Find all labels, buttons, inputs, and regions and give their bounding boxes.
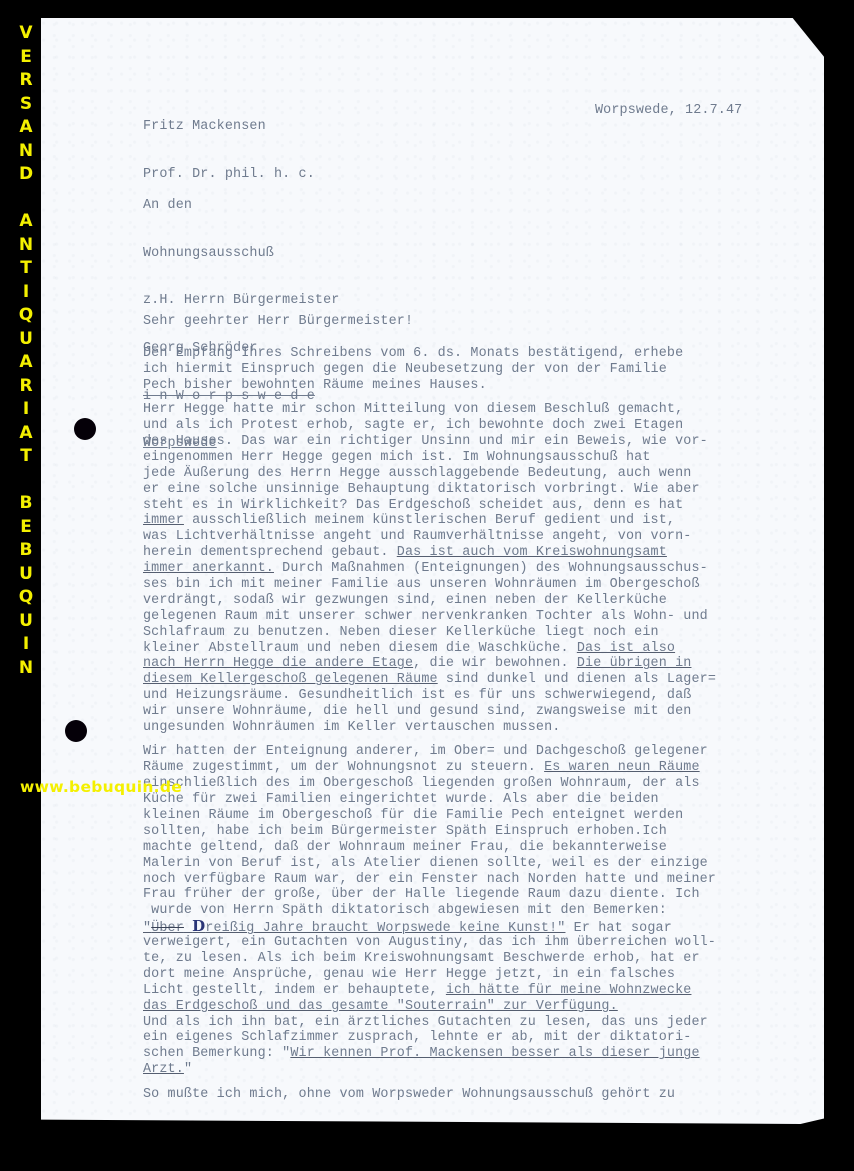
watermark-letter: U bbox=[19, 328, 33, 352]
watermark-letter: A bbox=[19, 210, 32, 234]
text-line: diesem Kellergeschoß gelegenen Räume sin… bbox=[143, 672, 833, 688]
text-line: eingenommen Herr Hegge gegen mich ist. I… bbox=[143, 450, 833, 466]
letter-body: Den Empfang Ihres Schreibens vom 6. ds. … bbox=[143, 346, 833, 1111]
watermark-letter: N bbox=[19, 657, 33, 681]
text-line: und Heizungsräume. Gesundheitlich ist es… bbox=[143, 688, 833, 704]
watermark-letter: S bbox=[20, 93, 32, 117]
paragraph: So mußte ich mich, ohne vom Worpsweder W… bbox=[143, 1087, 833, 1103]
paragraph: Herr Hegge hatte mir schon Mitteilung vo… bbox=[143, 402, 833, 736]
watermark-letter: A bbox=[19, 116, 32, 140]
text-line: kleinen Räume im Obergeschoß für die Fam… bbox=[143, 808, 833, 824]
text-line: herein dementsprechend gebaut. Das ist a… bbox=[143, 545, 833, 561]
text-line: Herr Hegge hatte mir schon Mitteilung vo… bbox=[143, 402, 833, 418]
watermark-letter: B bbox=[20, 492, 33, 516]
watermark-letter: A bbox=[19, 351, 32, 375]
text-line: Räume zugestimmt, um der Wohnungsnot zu … bbox=[143, 760, 833, 776]
text-line: wir unsere Wohnräume, die hell und gesun… bbox=[143, 704, 833, 720]
watermark-letter: T bbox=[20, 257, 32, 281]
text-line: gelegenen Raum mit unserer schwer nerven… bbox=[143, 609, 833, 625]
text-line: sollten, habe ich beim Bürgermeister Spä… bbox=[143, 824, 833, 840]
watermark-letter: E bbox=[20, 516, 32, 540]
punch-hole bbox=[74, 418, 96, 440]
text-line: verweigert, ein Gutachten von Augustiny,… bbox=[143, 935, 833, 951]
paragraph: Den Empfang Ihres Schreibens vom 6. ds. … bbox=[143, 346, 833, 394]
text-line: machte geltend, daß der Wohnraum meiner … bbox=[143, 840, 833, 856]
letter-date: Worpswede, 12.7.47 bbox=[595, 103, 742, 119]
text-line: Und als ich ihn bat, ein ärztliches Guta… bbox=[143, 1015, 833, 1031]
text-line: Licht gestellt, indem er behauptete, ich… bbox=[143, 983, 833, 999]
recipient-line: Wohnungsausschuß bbox=[143, 246, 339, 262]
underlined-text: nach Herrn Hegge die andere Etage bbox=[143, 656, 413, 671]
sender-name: Fritz Mackensen bbox=[143, 119, 315, 135]
recipient-line: z.H. Herrn Bürgermeister bbox=[143, 293, 339, 309]
underlined-text: "Über Dreißig Jahre braucht Worpswede ke… bbox=[143, 921, 565, 936]
watermark-letter: U bbox=[19, 610, 33, 634]
watermark-letter: I bbox=[23, 398, 29, 422]
watermark-letter: Q bbox=[19, 586, 33, 610]
text-line: verdrängt, sodaß wir gezwungen sind, ein… bbox=[143, 593, 833, 609]
underlined-text: ich hätte für meine Wohnzwecke bbox=[446, 983, 692, 998]
underlined-text: Das ist also bbox=[577, 641, 675, 656]
text-line: jede Äußerung des Herrn Hegge ausschlagg… bbox=[143, 466, 833, 482]
watermark-letter: B bbox=[20, 539, 33, 563]
watermark-letter: N bbox=[19, 140, 33, 164]
text-line: er eine solche unsinnige Behauptung dikt… bbox=[143, 482, 833, 498]
punch-hole bbox=[65, 720, 87, 742]
underlined-text: das Erdgeschoß und das gesamte "Souterra… bbox=[143, 999, 618, 1014]
watermark-letter: R bbox=[19, 69, 32, 93]
struck-text: Über bbox=[151, 921, 184, 936]
text-line: ses bin ich mit meiner Familie aus unser… bbox=[143, 577, 833, 593]
watermark-letter: I bbox=[23, 281, 29, 305]
text-line: Schlafraum zu benutzen. Neben dieser Kel… bbox=[143, 625, 833, 641]
watermark-letter: V bbox=[19, 22, 32, 46]
watermark-letter bbox=[23, 469, 29, 493]
watermark-letter: N bbox=[19, 234, 33, 258]
text-line: Pech bisher bewohnten Räume meines Hause… bbox=[143, 378, 833, 394]
text-line: te, zu lesen. Als ich beim Kreiswohnungs… bbox=[143, 951, 833, 967]
watermark-letter bbox=[23, 187, 29, 211]
text-line: steht es in Wirklichkeit? Das Erdgeschoß… bbox=[143, 498, 833, 514]
underlined-text: diesem Kellergeschoß gelegenen Räume bbox=[143, 672, 438, 687]
text-line: So mußte ich mich, ohne vom Worpsweder W… bbox=[143, 1087, 833, 1103]
watermark-letter: A bbox=[19, 422, 32, 446]
text-line: immer anerkannt. Durch Maßnahmen (Enteig… bbox=[143, 561, 833, 577]
text-line: dort meine Ansprüche, genau wie Herr Heg… bbox=[143, 967, 833, 983]
text-line: Küche für zwei Familien eingerichtet wur… bbox=[143, 792, 833, 808]
underlined-text: immer anerkannt. bbox=[143, 561, 274, 576]
text-line: Den Empfang Ihres Schreibens vom 6. ds. … bbox=[143, 346, 833, 362]
text-line: was Lichtverhältnisse angeht und Raumver… bbox=[143, 529, 833, 545]
paragraph: Wir hatten der Enteignung anderer, im Ob… bbox=[143, 744, 833, 1078]
text-line: noch verfügbare Raum war, der ein Fenste… bbox=[143, 872, 833, 888]
text-line: Arzt." bbox=[143, 1062, 833, 1078]
watermark-letter: D bbox=[19, 163, 33, 187]
underlined-text: Es waren neun Räume bbox=[544, 760, 700, 775]
text-line: "Über Dreißig Jahre braucht Worpswede ke… bbox=[143, 919, 833, 935]
underlined-text: Die übrigen in bbox=[577, 656, 692, 671]
salutation: Sehr geehrter Herr Bürgermeister! bbox=[143, 314, 413, 330]
text-line: ein eigenes Schlafzimmer zusprach, lehnt… bbox=[143, 1030, 833, 1046]
recipient-line: An den bbox=[143, 198, 339, 214]
text-line: schen Bemerkung: "Wir kennen Prof. Macke… bbox=[143, 1046, 833, 1062]
underlined-text: immer bbox=[143, 513, 184, 528]
watermark-letter: U bbox=[19, 563, 33, 587]
watermark-letter: E bbox=[20, 46, 32, 70]
text-line: das Erdgeschoß und das gesamte "Souterra… bbox=[143, 999, 833, 1015]
text-line: des Hauses. Das war ein richtiger Unsinn… bbox=[143, 434, 833, 450]
text-line: ich hiermit Einspruch gegen die Neubeset… bbox=[143, 362, 833, 378]
text-line: wurde von Herrn Späth diktatorisch abgew… bbox=[143, 903, 833, 919]
watermark-letter: T bbox=[20, 445, 32, 469]
url-watermark: www.bebuquin.de bbox=[20, 778, 182, 796]
underlined-text: Das ist auch vom Kreiswohnungsamt bbox=[397, 545, 667, 560]
text-line: immer ausschließlich meinem künstlerisch… bbox=[143, 513, 833, 529]
underlined-text: Arzt. bbox=[143, 1062, 184, 1077]
underlined-text: Wir kennen Prof. Mackensen besser als di… bbox=[290, 1046, 699, 1061]
text-line: kleiner Abstellraum und neben diesem die… bbox=[143, 641, 833, 657]
watermark-letter: Q bbox=[19, 304, 33, 328]
text-line: ungesunden Wohnräumen im Keller vertausc… bbox=[143, 720, 833, 736]
text-line: und als ich Protest erhob, sagte er, ich… bbox=[143, 418, 833, 434]
text-line: Malerin von Beruf ist, als Atelier diene… bbox=[143, 856, 833, 872]
watermark-letter: I bbox=[23, 633, 29, 657]
text-line: Frau früher der große, über der Halle li… bbox=[143, 887, 833, 903]
watermark-letter: R bbox=[19, 375, 32, 399]
text-line: nach Herrn Hegge die andere Etage, die w… bbox=[143, 656, 833, 672]
text-line: Wir hatten der Enteignung anderer, im Ob… bbox=[143, 744, 833, 760]
handwritten-correction: D bbox=[192, 917, 205, 935]
text-line: einschließlich des im Obergeschoß liegen… bbox=[143, 776, 833, 792]
